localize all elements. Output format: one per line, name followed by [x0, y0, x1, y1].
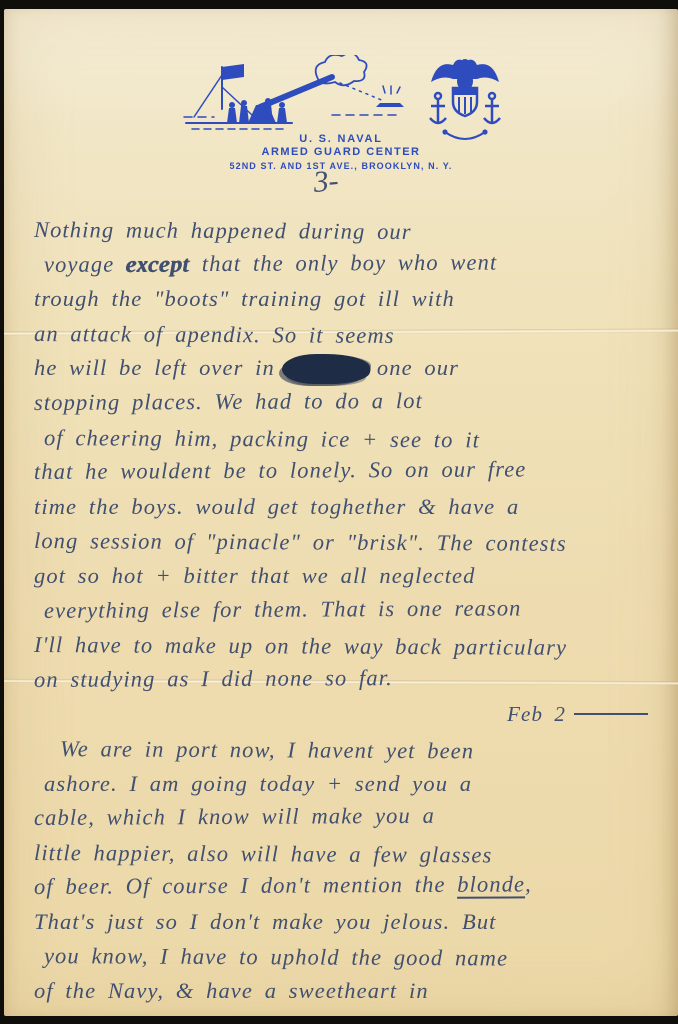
handwritten-line: stopping places. We had to do a lot	[26, 383, 678, 421]
handwritten-line: Feb 2	[26, 697, 678, 732]
handwritten-line: of beer. Of course I don't mention the b…	[26, 867, 678, 905]
handwriting-text: trough the "boots" training got ill with	[34, 286, 455, 311]
handwriting-text: that the only boy who went	[190, 249, 497, 276]
handwritten-line: cable, which I know will make you a	[26, 798, 678, 836]
censored-ink-blot	[282, 354, 370, 384]
handwritten-line: got so hot + bitter that we all neglecte…	[26, 559, 678, 594]
handwritten-line: That's just so I don't make you jelous. …	[26, 905, 678, 940]
handwritten-line: you know, I have to uphold the good name	[26, 939, 678, 977]
handwriting-text: I'll have to make up on the way back par…	[34, 632, 567, 660]
handwriting-text: ashore. I am going today + send you a	[44, 771, 472, 796]
handwriting-text: that he wouldent be to lonely. So on our…	[34, 457, 526, 485]
handwritten-line: long session of "pinacle" or "brisk". Th…	[26, 524, 678, 562]
handwriting-text: he will be left over in	[34, 355, 275, 380]
handwriting-text: got so hot + bitter that we all neglecte…	[34, 563, 476, 588]
letterhead-org-line1: U. S. NAVAL	[4, 133, 678, 145]
handwriting-text: of the Navy, & have a sweetheart in	[34, 978, 429, 1003]
underlined-word: blonde	[457, 872, 525, 899]
handwriting-text: of beer. Of course I don't mention the	[34, 872, 457, 899]
handwritten-line: time the boys. would get toghether & hav…	[26, 490, 678, 525]
handwritten-line: an attack of apendix. So it seems	[26, 317, 678, 355]
handwriting-text: Feb 2	[507, 702, 566, 726]
handwriting-text: We are in port now, I havent yet been	[60, 736, 474, 763]
handwritten-line: on studying as I did none so far.	[26, 659, 678, 697]
handwritten-line: of the Navy, & have a sweetheart in	[26, 974, 678, 1009]
handwritten-line: trough the "boots" training got ill with	[26, 282, 678, 317]
handwriting-text: on studying as I did none so far.	[34, 665, 393, 692]
handwritten-line: he will be left over inone our	[26, 351, 678, 386]
handwriting-text: of cheering him, packing ice + see to it	[44, 425, 480, 452]
handwritten-line: voyage except that the only boy who went	[26, 244, 678, 282]
handwriting-text: Nothing much happened during our	[34, 217, 412, 244]
handwriting-text: voyage	[44, 251, 126, 276]
handwritten-line: everything else for them. That is one re…	[26, 590, 678, 628]
handwriting-text: time the boys. would get toghether & hav…	[34, 494, 519, 519]
handwriting-text: stopping places. We had to do a lot	[34, 388, 423, 415]
letter-page: U. S. NAVAL ARMED GUARD CENTER 52ND ST. …	[4, 9, 678, 1016]
handwriting-text: everything else for them. That is one re…	[44, 595, 522, 622]
handwriting-text: except	[126, 251, 190, 276]
handwriting-text: an attack of apendix. So it seems	[34, 321, 395, 348]
scanned-letter-background: { "letterhead": { "org_line1": "U. S. NA…	[0, 0, 678, 1024]
handwriting-text: That's just so I don't make you jelous. …	[34, 909, 497, 934]
letter-body: Nothing much happened during ourvoyage e…	[26, 213, 678, 1009]
handwriting-text: you know, I have to uphold the good name	[44, 944, 508, 971]
handwritten-line: ashore. I am going today + send you a	[26, 767, 678, 802]
handwritten-line: We are in port now, I havent yet been	[26, 732, 678, 770]
handwriting-text: little happier, also will have a few gla…	[34, 840, 493, 867]
handwriting-text: long session of "pinacle" or "brisk". Th…	[34, 528, 567, 556]
handwriting-text: ,	[525, 872, 532, 897]
handwritten-line: that he wouldent be to lonely. So on our…	[26, 452, 678, 490]
handwriting-text: one our	[377, 355, 459, 380]
handwriting-text: cable, which I know will make you a	[34, 803, 435, 830]
date-dash	[574, 713, 648, 715]
